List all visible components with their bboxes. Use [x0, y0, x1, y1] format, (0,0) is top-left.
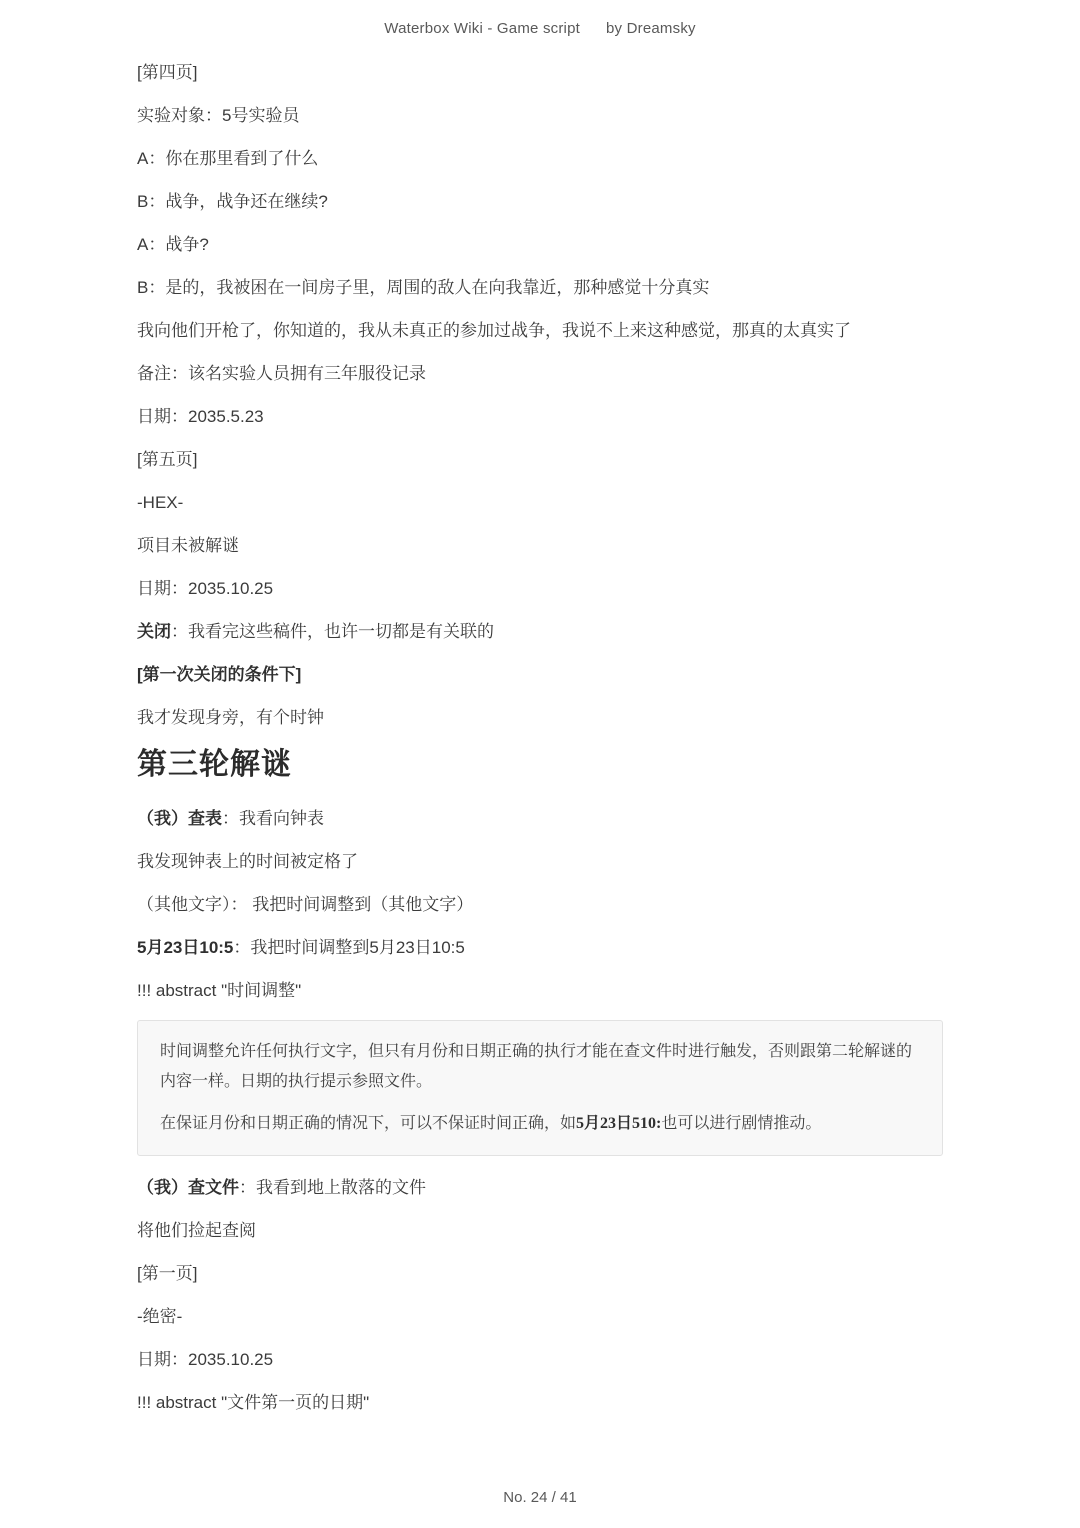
check-clock-line: （我）查表：我看向钟表 [137, 805, 943, 832]
page-number: No. 24 / 41 [0, 1489, 1080, 1506]
document-page: Waterbox Wiki - Game scriptby Dreamsky [… [0, 0, 1080, 1528]
document-body: [第四页] 实验对象：5号实验员 A：你在那里看到了什么 B：战争，战争还在继续… [137, 59, 943, 1416]
clock-found-line: 我才发现身旁，有个时钟 [137, 704, 943, 731]
note-line: 备注：该名实验人员拥有三年服役记录 [137, 360, 943, 387]
page4-label: [第四页] [137, 59, 943, 86]
abstract-admonition-box: 时间调整允许任何执行文字，但只有月份和日期正确的执行才能在查文件时进行触发，否则… [137, 1020, 943, 1156]
abstract-directive-1: !!! abstract "时间调整" [137, 977, 943, 1004]
close-label: 关闭 [137, 622, 171, 641]
unsolved-line: 项目未被解谜 [137, 532, 943, 559]
check-clock-label: （我）查表 [137, 809, 222, 828]
time-set-label: 5月23日10:5 [137, 938, 233, 957]
dialog-line-a1: A：你在那里看到了什么 [137, 145, 943, 172]
check-files-text: ：我看到地上散落的文件 [239, 1178, 426, 1197]
check-clock-text: ：我看向钟表 [222, 809, 324, 828]
pick-up-line: 将他们捡起查阅 [137, 1217, 943, 1244]
clock-frozen-line: 我发现钟表上的时间被定格了 [137, 848, 943, 875]
abstract-box-para2-post: 也可以进行剧情推动。 [661, 1115, 821, 1132]
abstract-directive-2: !!! abstract "文件第一页的日期" [137, 1389, 943, 1416]
top-secret-line: -绝密- [137, 1303, 943, 1330]
date-line-1: 日期：2035.5.23 [137, 403, 943, 430]
dialog-line-b3: 我向他们开枪了，你知道的，我从未真正的参加过战争，我说不上来这种感觉，那真的太真… [137, 317, 943, 344]
check-files-label: （我）查文件 [137, 1178, 239, 1197]
time-set-line: 5月23日10:5：我把时间调整到5月23日10:5 [137, 934, 943, 961]
close-text: ：我看完这些稿件，也许一切都是有关联的 [171, 622, 494, 641]
dialog-line-b1: B：战争，战争还在继续? [137, 188, 943, 215]
date-line-2: 日期：2035.10.25 [137, 575, 943, 602]
dialog-line-a2: A：战争? [137, 231, 943, 258]
abstract-box-para1: 时间调整允许任何执行文字，但只有月份和日期正确的执行才能在查文件时进行触发，否则… [160, 1037, 920, 1097]
document-author: by Dreamsky [606, 20, 696, 37]
other-text-line: （其他文字）： 我把时间调整到（其他文字） [137, 891, 943, 918]
first-close-condition-line: [第一次关闭的条件下] [137, 661, 943, 688]
check-files-line: （我）查文件：我看到地上散落的文件 [137, 1174, 943, 1201]
abstract-box-para2-pre: 在保证月份和日期正确的情况下，可以不保证时间正确，如 [160, 1115, 576, 1132]
document-header: Waterbox Wiki - Game scriptby Dreamsky [0, 0, 1080, 37]
date-line-3: 日期：2035.10.25 [137, 1346, 943, 1373]
page5-label: [第五页] [137, 446, 943, 473]
dialog-line-b2: B：是的，我被困在一间房子里，周围的敌人在向我靠近，那种感觉十分真实 [137, 274, 943, 301]
close-line: 关闭：我看完这些稿件，也许一切都是有关联的 [137, 618, 943, 645]
subject-line: 实验对象：5号实验员 [137, 102, 943, 129]
abstract-box-para2-bold: 5月23日510: [576, 1115, 661, 1132]
section-heading-round3: 第三轮解谜 [137, 747, 943, 783]
page1-label: [第一页] [137, 1260, 943, 1287]
hex-line: -HEX- [137, 489, 943, 516]
document-title: Waterbox Wiki - Game script [384, 20, 580, 37]
time-set-text: ：我把时间调整到5月23日10:5 [233, 938, 464, 957]
abstract-box-para2: 在保证月份和日期正确的情况下，可以不保证时间正确，如5月23日510:也可以进行… [160, 1109, 920, 1139]
